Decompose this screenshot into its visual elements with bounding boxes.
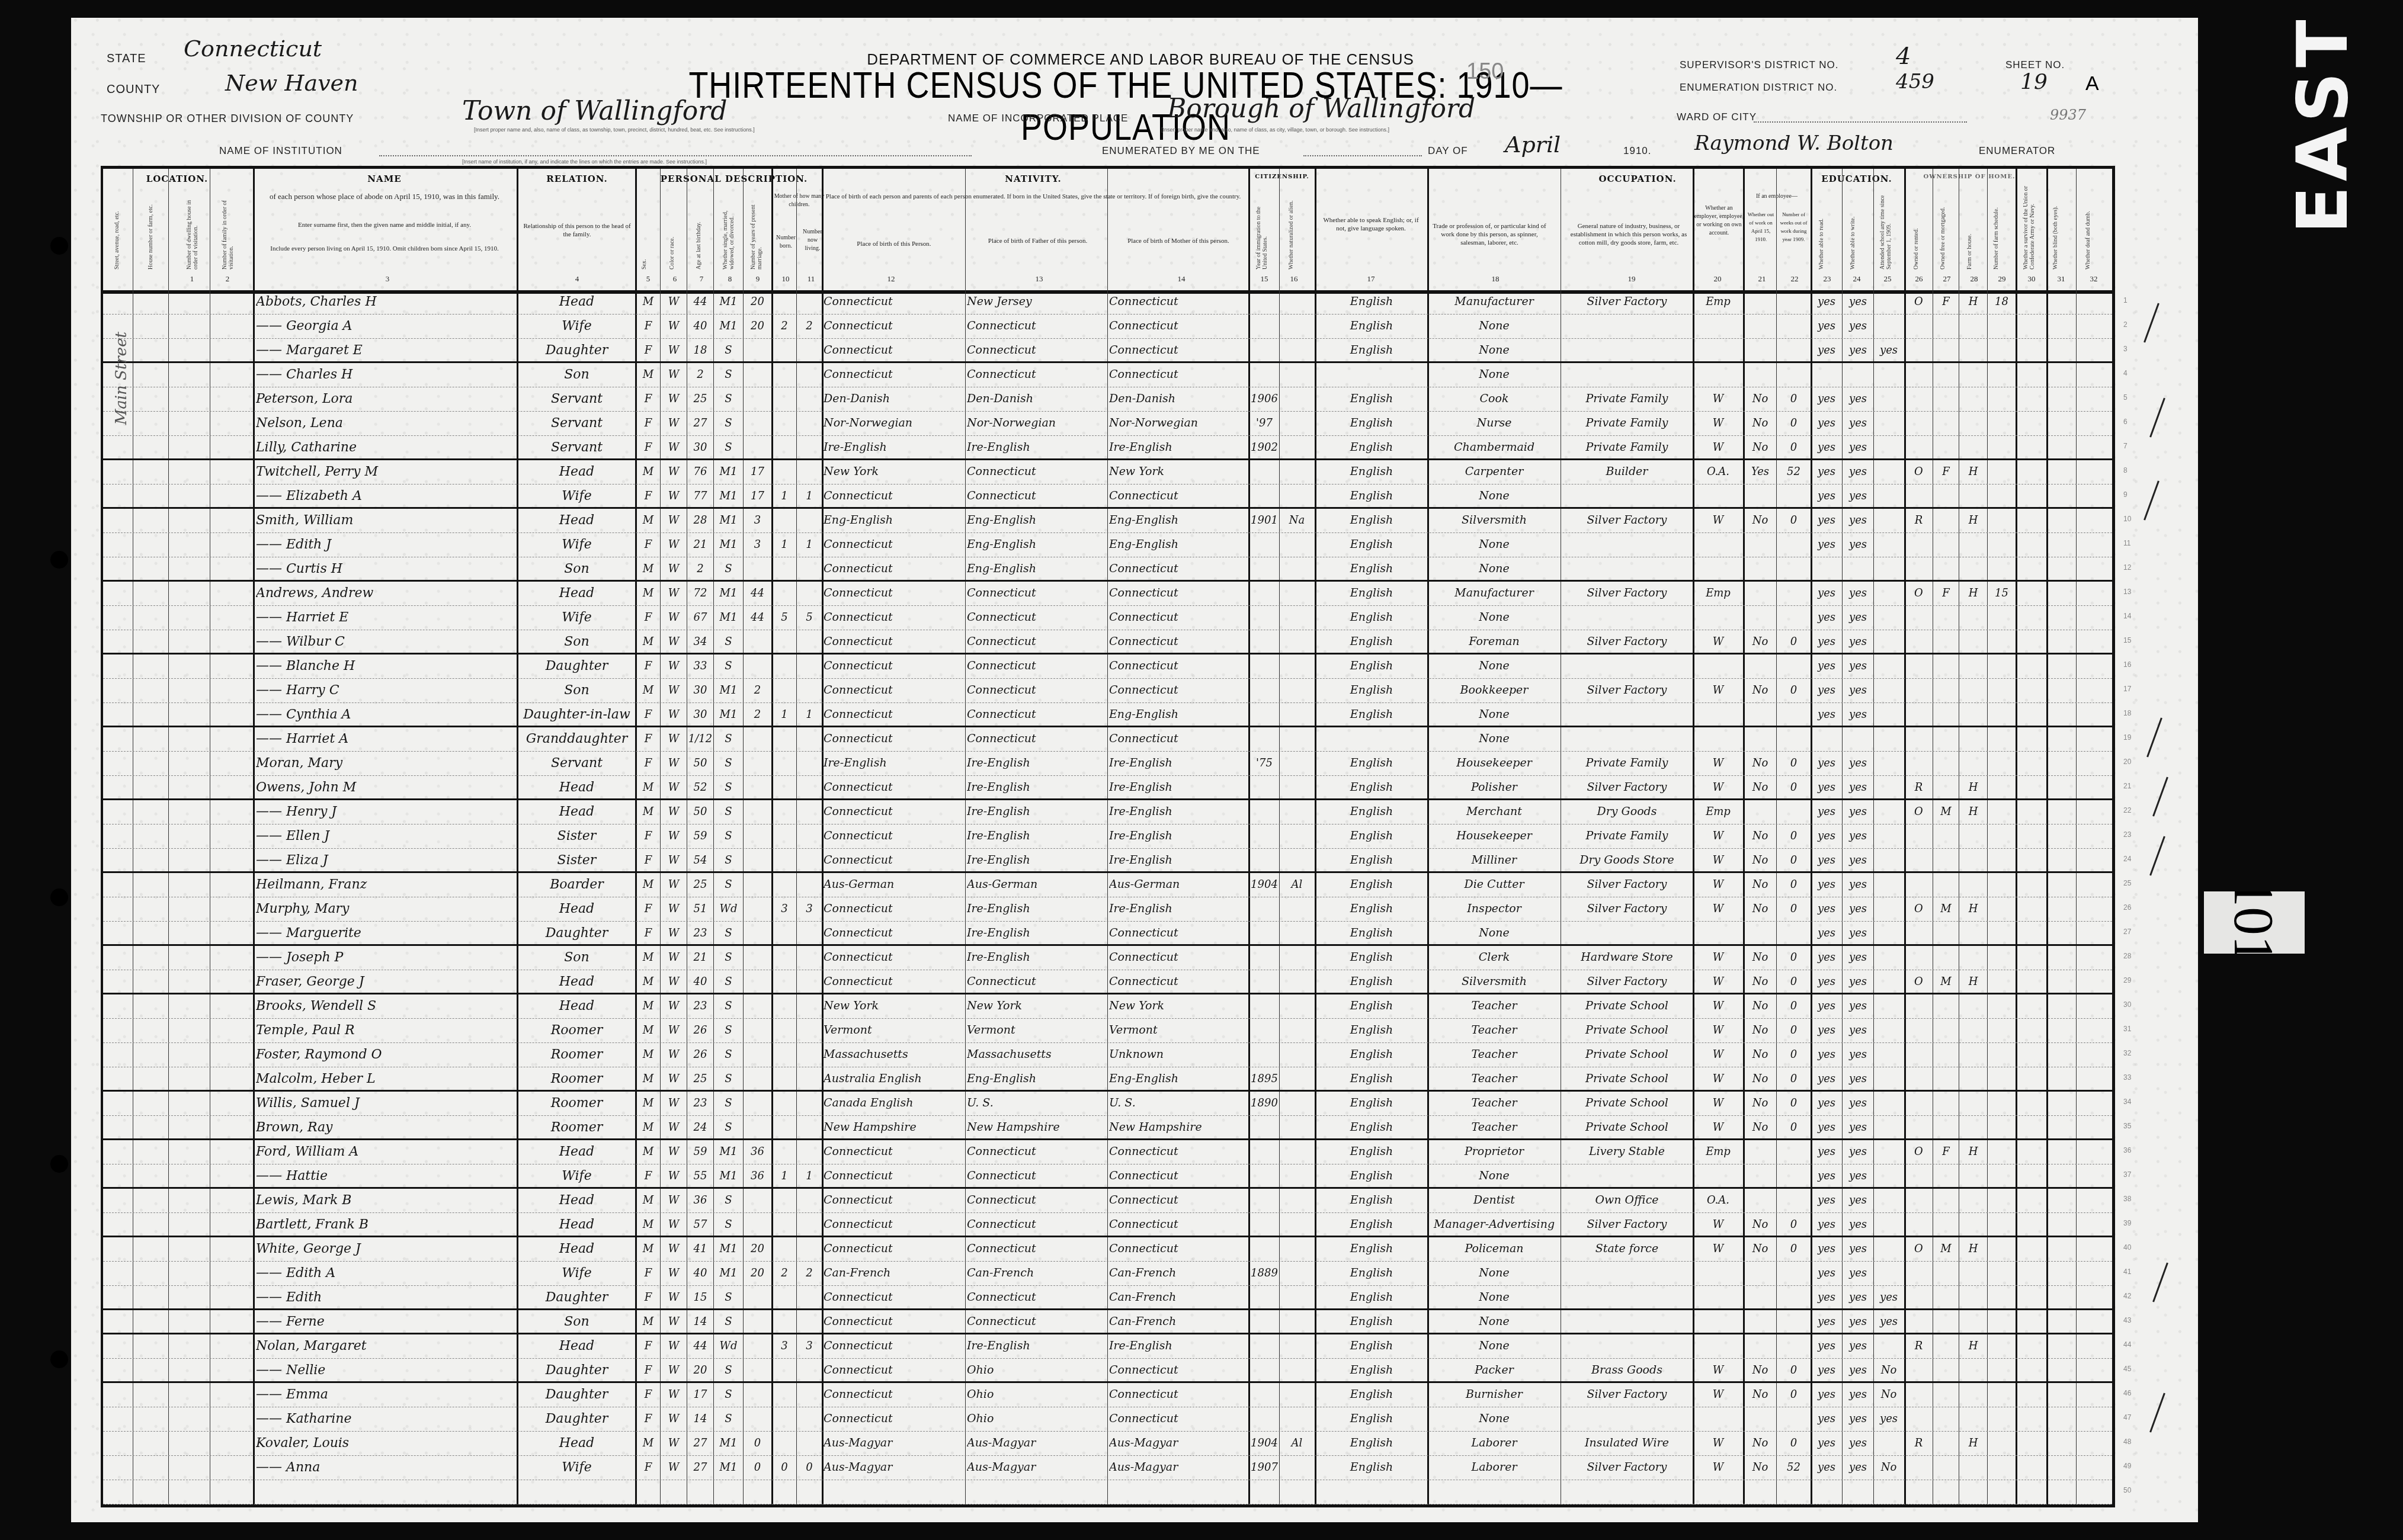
street-margin-note: Main Street [113, 332, 130, 425]
cell-sex: F [636, 1287, 660, 1308]
cell-race: W [661, 1141, 686, 1162]
cell-relation: Son [520, 631, 634, 652]
cell-immig [1250, 1481, 1279, 1502]
cell-emp [1694, 340, 1742, 361]
colnum: 24 [1845, 274, 1869, 284]
cell-industry: Private School [1562, 1093, 1691, 1114]
cell-emp: W [1694, 1020, 1742, 1041]
cell-school [1875, 826, 1903, 846]
cell-english: English [1316, 1093, 1427, 1114]
cell-english: English [1316, 947, 1427, 968]
cell-sched: 15 [1988, 583, 2015, 604]
cell-father: Eng-English [967, 1069, 1107, 1089]
cell-mother: Nor-Norwegian [1109, 413, 1248, 434]
cell-immig [1250, 364, 1279, 385]
cell-emp: W [1694, 1069, 1742, 1089]
cell-sex: M [636, 1020, 660, 1041]
cell-school [1875, 1433, 1903, 1454]
cell-english: English [1316, 1214, 1427, 1235]
cell-out: No [1745, 1239, 1776, 1259]
cell-industry: Silver Factory [1562, 291, 1691, 312]
cell-sex: F [636, 437, 660, 458]
colnum: 11 [799, 274, 823, 284]
cell-born [773, 850, 796, 871]
cap-employer: Whether an employer, employee, or workin… [1694, 204, 1744, 238]
cell-english: English [1316, 413, 1427, 434]
cell-mother: New York [1109, 996, 1248, 1016]
cell-marital: S [715, 656, 742, 676]
cell-nat [1280, 607, 1313, 628]
cell-immig [1250, 680, 1279, 701]
cell-school [1875, 291, 1903, 312]
cell-age: 44 [688, 291, 713, 312]
cell-farm [1960, 1481, 1987, 1502]
cell-trade: Teacher [1429, 1093, 1559, 1114]
cell-mother: Connecticut [1109, 1239, 1248, 1259]
cell-father: Connecticut [967, 486, 1107, 506]
cell-read: yes [1812, 583, 1841, 604]
cell-write: yes [1843, 1457, 1873, 1478]
table-row: 37—— HattieWifeFW55M13611ConnecticutConn… [103, 1164, 2112, 1189]
colnum: 18 [1484, 274, 1507, 284]
table-row: 35Brown, RayRoomerMW24SNew HampshireNew … [103, 1116, 2112, 1140]
cell-farm [1960, 1166, 1987, 1186]
cell-living [797, 680, 821, 701]
cell-relation: Sister [520, 850, 634, 871]
cell-write: yes [1843, 801, 1873, 822]
cell-father: Eng-English [967, 559, 1107, 579]
cell-born [773, 510, 796, 531]
cell-father: Ohio [967, 1360, 1107, 1381]
cap-veteran: Whether a survivor of the Union or Confe… [2023, 181, 2036, 269]
cell-name: —— Harriet A [256, 729, 515, 749]
cell-trade: Inspector [1429, 899, 1559, 919]
cap-sex: Sex. [641, 192, 648, 269]
cell-free [1934, 1311, 1958, 1332]
cell-living: 0 [797, 1457, 821, 1478]
cell-sex: F [636, 753, 660, 774]
cell-marital: S [715, 437, 742, 458]
cell-race: W [661, 801, 686, 822]
cell-marital: S [715, 364, 742, 385]
table-row: 20Moran, MaryServantFW50SIre-EnglishIre-… [103, 752, 2112, 776]
cell-industry [1562, 656, 1691, 676]
cell-sex: F [636, 389, 660, 409]
cell-marital: S [715, 1214, 742, 1235]
cell-school [1875, 801, 1903, 822]
cell-name: Ford, William A [256, 1141, 515, 1162]
cell-free [1934, 1263, 1958, 1284]
cell-sex: M [636, 996, 660, 1016]
cell-emp: W [1694, 1433, 1742, 1454]
cell-yrs [744, 801, 771, 822]
cell-sched [1988, 1020, 2015, 1041]
cell-born [773, 291, 796, 312]
cell-relation: Wife [520, 486, 634, 506]
table-row: 41—— Edith AWifeFW40M12022Can-FrenchCan-… [103, 1262, 2112, 1286]
cell-sex: F [636, 1360, 660, 1381]
table-row: 19—— Harriet AGranddaughterFW1/12SConnec… [103, 727, 2112, 752]
cell-born [773, 1287, 796, 1308]
cell-weeks [1777, 656, 1810, 676]
cell-sex: F [636, 1457, 660, 1478]
cell-birth: Connecticut [824, 1360, 965, 1381]
cell-sex: M [636, 559, 660, 579]
cell-race: W [661, 923, 686, 944]
cell-born [773, 947, 796, 968]
cell-yrs [744, 1311, 771, 1332]
cell-race: W [661, 1214, 686, 1235]
cell-age: 2 [688, 559, 713, 579]
cell-english: English [1316, 656, 1427, 676]
cell-father: Aus-Magyar [967, 1457, 1107, 1478]
cell-weeks: 0 [1777, 631, 1810, 652]
cell-write: yes [1843, 486, 1873, 506]
cell-marital: M1 [715, 1433, 742, 1454]
cell-sched [1988, 510, 2015, 531]
cell-birth: Connecticut [824, 704, 965, 725]
cell-yrs [744, 1093, 771, 1114]
cell-trade: None [1429, 656, 1559, 676]
cell-marital: M1 [715, 583, 742, 604]
cell-sex: F [636, 826, 660, 846]
cell-free [1934, 850, 1958, 871]
cell-immig: '97 [1250, 413, 1279, 434]
cell-trade: Merchant [1429, 801, 1559, 822]
cell-age: 25 [688, 874, 713, 895]
cell-age: 27 [688, 413, 713, 434]
cell-immig [1250, 631, 1279, 652]
cell-own [1905, 1287, 1932, 1308]
cell-free [1934, 1384, 1958, 1405]
cell-read [1812, 364, 1841, 385]
table-row: 17—— Harry CSonMW30M12ConnecticutConnect… [103, 679, 2112, 703]
cell-father: Massachusetts [967, 1044, 1107, 1065]
incorporated-place-value: Borough of Wallingford [1167, 94, 1475, 124]
colnum: 14 [1170, 274, 1193, 284]
cap-trade: Trade or profession of, or particular ki… [1430, 222, 1549, 247]
cell-out [1745, 801, 1776, 822]
cell-sched [1988, 753, 2015, 774]
table-row: 36Ford, William AHeadMW59M136Connecticut… [103, 1140, 2112, 1164]
cell-father: Connecticut [967, 607, 1107, 628]
cell-born [773, 437, 796, 458]
day-of-label: day of [1428, 145, 1468, 157]
colnum: 6 [663, 274, 687, 284]
cell-out [1745, 656, 1776, 676]
cell-read: yes [1812, 971, 1841, 992]
cell-weeks: 0 [1777, 1239, 1810, 1259]
cell-mother: Connecticut [1109, 1360, 1248, 1381]
cell-marital: S [715, 1409, 742, 1429]
cell-read: yes [1812, 1141, 1841, 1162]
cell-free [1934, 1117, 1958, 1138]
cell-father: Ire-English [967, 923, 1107, 944]
cell-out: No [1745, 510, 1776, 531]
cell-read: yes [1812, 1190, 1841, 1211]
cell-living [797, 291, 821, 312]
cell-read: yes [1812, 996, 1841, 1016]
cell-weeks: 0 [1777, 899, 1810, 919]
cell-living [797, 947, 821, 968]
cell-immig [1250, 947, 1279, 968]
cell-relation: Servant [520, 437, 634, 458]
cell-industry: Private Family [1562, 826, 1691, 846]
cell-write: yes [1843, 1141, 1873, 1162]
cell-farm [1960, 631, 1987, 652]
cell-farm [1960, 340, 1987, 361]
cell-read: yes [1812, 1166, 1841, 1186]
cell-age: 33 [688, 656, 713, 676]
cell-yrs: 36 [744, 1166, 771, 1186]
cell-read: yes [1812, 461, 1841, 482]
punch-hole [50, 1350, 68, 1368]
line-number: 49 [2123, 1462, 2131, 1470]
cell-yrs [744, 850, 771, 871]
cell-living: 2 [797, 316, 821, 336]
cell-mother: Aus-Magyar [1109, 1457, 1248, 1478]
cell-living: 5 [797, 607, 821, 628]
table-row: 31Temple, Paul RRoomerMW26SVermontVermon… [103, 1019, 2112, 1043]
cell-write: yes [1843, 947, 1873, 968]
colnum: 2 [216, 274, 239, 284]
cell-write: yes [1843, 1190, 1873, 1211]
cell-marital: S [715, 947, 742, 968]
cell-own [1905, 607, 1932, 628]
cell-yrs [744, 826, 771, 846]
cell-own: R [1905, 1336, 1932, 1356]
cell-born [773, 680, 796, 701]
cell-relation: Daughter-in-law [520, 704, 634, 725]
cell-out [1745, 291, 1776, 312]
cell-living: 1 [797, 534, 821, 555]
cell-school: yes [1875, 1311, 1903, 1332]
cell-marital: S [715, 389, 742, 409]
cell-weeks [1777, 340, 1810, 361]
cap-dwelling: Number of dwelling house in order of vis… [186, 192, 199, 269]
cap-english: Whether able to speak English; or, if no… [1318, 216, 1424, 233]
cell-birth: Connecticut [824, 826, 965, 846]
cell-school [1875, 1020, 1903, 1041]
cell-marital: S [715, 850, 742, 871]
cap-free: Owned free or mortgaged. [1940, 192, 1946, 269]
cell-immig [1250, 1287, 1279, 1308]
cell-living [797, 1481, 821, 1502]
cell-birth: Aus-Magyar [824, 1457, 965, 1478]
cell-born [773, 1020, 796, 1041]
cell-father: Ohio [967, 1384, 1107, 1405]
cell-race: W [661, 364, 686, 385]
cell-sex: F [636, 1409, 660, 1429]
cell-marital: S [715, 1384, 742, 1405]
cell-nat [1280, 923, 1313, 944]
cell-out [1745, 923, 1776, 944]
cell-sched [1988, 1117, 2015, 1138]
cell-farm [1960, 413, 1987, 434]
table-row: 14—— Harriet EWifeFW67M14455ConnecticutC… [103, 606, 2112, 630]
cell-farm: H [1960, 291, 1987, 312]
cell-sched [1988, 971, 2015, 992]
cell-nat [1280, 559, 1313, 579]
table-row: 10Smith, WilliamHeadMW28M13Eng-EnglishEn… [103, 509, 2112, 533]
cell-immig [1250, 1141, 1279, 1162]
cell-age: 21 [688, 534, 713, 555]
census-table: LOCATION. NAME RELATION. PERSONAL DESCRI… [101, 166, 2115, 1507]
cell-industry [1562, 729, 1691, 749]
group-education: EDUCATION. [1803, 174, 1910, 184]
table-row: 48Kovaler, LouisHeadMW27M10Aus-MagyarAus… [103, 1432, 2112, 1456]
institution-field [379, 155, 972, 156]
cell-sched [1988, 1239, 2015, 1259]
cell-age: 20 [688, 1360, 713, 1381]
cell-yrs: 2 [744, 680, 771, 701]
cell-nat [1280, 1214, 1313, 1235]
cell-trade: Foreman [1429, 631, 1559, 652]
cell-trade: Teacher [1429, 996, 1559, 1016]
cell-industry: Dry Goods Store [1562, 850, 1691, 871]
cap-owned: Owned or rented. [1913, 192, 1920, 269]
page-mark: 9937 [2050, 107, 2086, 123]
cell-mother: Can-French [1109, 1287, 1248, 1308]
cell-born [773, 874, 796, 895]
cell-sched [1988, 316, 2015, 336]
cell-nat [1280, 1263, 1313, 1284]
group-name: NAME [254, 174, 515, 184]
cell-industry: Private Family [1562, 413, 1691, 434]
cell-born [773, 923, 796, 944]
cell-yrs [744, 1287, 771, 1308]
cell-mother: Unknown [1109, 1044, 1248, 1065]
cell-sched [1988, 1384, 2015, 1405]
cell-mother: Connecticut [1109, 583, 1248, 604]
institution-label: Name of institution [219, 145, 342, 157]
box-number-text: 101 [2207, 891, 2302, 954]
cell-out: No [1745, 1384, 1776, 1405]
cell-mother: Eng-English [1109, 510, 1248, 531]
cell-english: English [1316, 801, 1427, 822]
cell-mother: Ire-English [1109, 801, 1248, 822]
cell-write: yes [1843, 1093, 1873, 1114]
cell-father: Ire-English [967, 801, 1107, 822]
cell-marital: S [715, 631, 742, 652]
cell-free [1934, 1433, 1958, 1454]
cell-weeks: 0 [1777, 1360, 1810, 1381]
cell-farm [1960, 389, 1987, 409]
line-number: 50 [2123, 1486, 2131, 1494]
cell-age: 25 [688, 389, 713, 409]
cell-weeks: 0 [1777, 1214, 1810, 1235]
cell-immig [1250, 1044, 1279, 1065]
cell-born [773, 1190, 796, 1211]
cell-name: —— Marguerite [256, 923, 515, 944]
cell-school [1875, 1117, 1903, 1138]
cell-immig [1250, 1214, 1279, 1235]
colnum: 27 [1935, 274, 1959, 284]
cell-sched [1988, 340, 2015, 361]
cell-read: yes [1812, 607, 1841, 628]
stamp-number: 150 [1466, 59, 1504, 85]
cell-marital: M1 [715, 1263, 742, 1284]
cell-trade: None [1429, 729, 1559, 749]
cell-living [797, 1069, 821, 1089]
cell-marital: M1 [715, 1239, 742, 1259]
table-row: 3—— Margaret EDaughterFW18SConnecticutCo… [103, 339, 2112, 363]
cell-school [1875, 1141, 1903, 1162]
cell-write: yes [1843, 607, 1873, 628]
cell-name: Fraser, George J [256, 971, 515, 992]
cell-read: yes [1812, 291, 1841, 312]
cell-living [797, 996, 821, 1016]
cell-out [1745, 1166, 1776, 1186]
cell-birth: Vermont [824, 1020, 965, 1041]
cell-race: W [661, 729, 686, 749]
cell-race: W [661, 1069, 686, 1089]
cell-industry: Private Family [1562, 437, 1691, 458]
cell-age: 30 [688, 704, 713, 725]
cell-weeks [1777, 364, 1810, 385]
cell-relation: Head [520, 899, 634, 919]
sheet-number-value: 19 [2020, 70, 2048, 94]
cell-school [1875, 364, 1903, 385]
group-ownership: OWNERSHIP OF HOME. [1910, 174, 2029, 180]
cell-name: Bartlett, Frank B [256, 1214, 515, 1235]
cell-school [1875, 1214, 1903, 1235]
cell-nat [1280, 1044, 1313, 1065]
cell-age: 52 [688, 777, 713, 798]
cell-write: yes [1843, 1044, 1873, 1065]
cell-english: English [1316, 534, 1427, 555]
cell-sex: F [636, 1166, 660, 1186]
cell-born [773, 971, 796, 992]
table-row: 27—— MargueriteDaughterFW23SConnecticutI… [103, 922, 2112, 946]
cell-read: yes [1812, 1093, 1841, 1114]
cell-write: yes [1843, 631, 1873, 652]
cell-write: yes [1843, 1069, 1873, 1089]
cell-marital: S [715, 777, 742, 798]
cell-mother: Connecticut [1109, 1384, 1248, 1405]
cell-out [1745, 340, 1776, 361]
cell-trade: None [1429, 1166, 1559, 1186]
table-row: 18—— Cynthia ADaughter-in-lawFW30M1211Co… [103, 703, 2112, 727]
cell-weeks: 0 [1777, 1117, 1810, 1138]
cell-name: Brooks, Wendell S [256, 996, 515, 1016]
cell-relation: Roomer [520, 1044, 634, 1065]
cell-read [1812, 729, 1841, 749]
cap-out-of-work: Whether out of work on April 15, 1910. [1745, 210, 1776, 243]
cell-own [1905, 1481, 1932, 1502]
cell-sched [1988, 704, 2015, 725]
cell-trade: None [1429, 316, 1559, 336]
group-nativity: NATIVITY. [820, 174, 1247, 184]
cell-out [1745, 559, 1776, 579]
cell-read: yes [1812, 753, 1841, 774]
cell-write: yes [1843, 996, 1873, 1016]
cell-school: No [1875, 1360, 1903, 1381]
cell-school [1875, 947, 1903, 968]
cell-relation: Wife [520, 316, 634, 336]
cell-english: English [1316, 1117, 1427, 1138]
cell-school [1875, 1166, 1903, 1186]
cell-nat [1280, 413, 1313, 434]
cell-name: Nelson, Lena [256, 413, 515, 434]
cell-race: W [661, 413, 686, 434]
cell-immig [1250, 1384, 1279, 1405]
cell-name: —— Blanche H [256, 656, 515, 676]
incorporated-place-label: Name of incorporated place [948, 113, 1128, 124]
cell-age: 23 [688, 923, 713, 944]
cell-industry: Silver Factory [1562, 971, 1691, 992]
cell-own [1905, 729, 1932, 749]
